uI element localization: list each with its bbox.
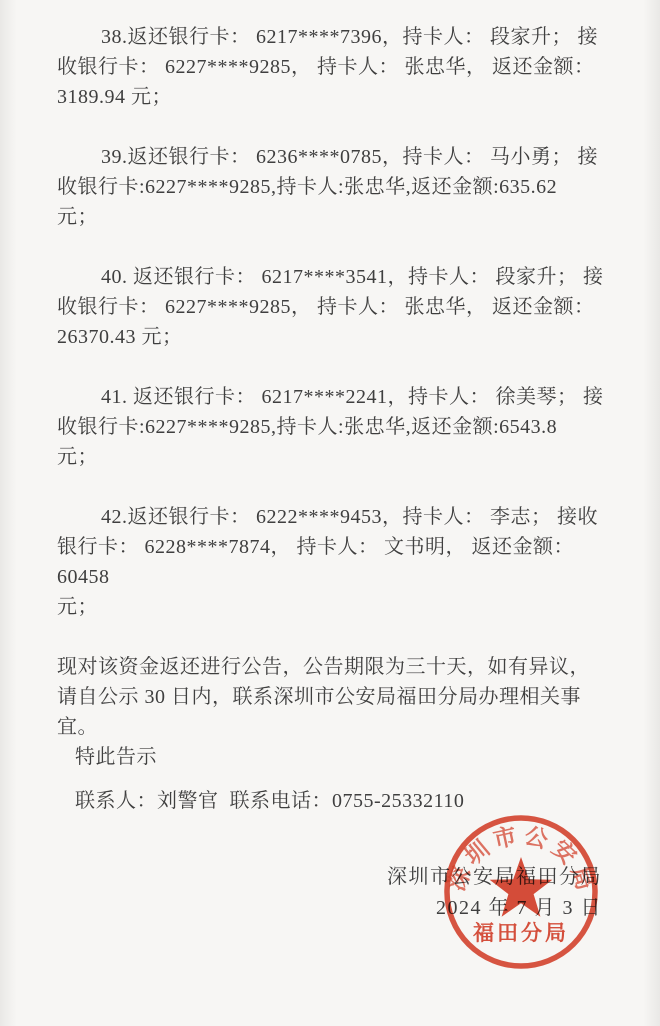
return-item-42: 42.返还银行卡： 6222****9453，持卡人： 李志； 接收 银行卡： … [57, 502, 610, 622]
contact-line: 联系人：刘警官 联系电话：0755-25332110 [57, 786, 610, 816]
closing-paragraph: 现对该资金返还进行公告，公告期限为三十天，如有异议， 请自公示 30 日内，联系… [57, 652, 610, 742]
return-item-40: 40. 返还银行卡： 6217****3541，持卡人： 段家升； 接 收银行卡… [57, 262, 610, 352]
notice-statement: 特此告示 [57, 742, 610, 772]
signature-agency: 深圳市公安局福田分局 [387, 862, 602, 892]
return-item-41: 41. 返还银行卡： 6217****2241，持卡人： 徐美琴； 接 收银行卡… [57, 382, 610, 472]
return-item-39: 39.返还银行卡： 6236****0785，持卡人： 马小勇； 接 收银行卡:… [57, 142, 610, 232]
return-item-38: 38.返还银行卡： 6217****7396，持卡人： 段家升； 接 收银行卡：… [57, 22, 610, 112]
signature-date: 2024 年 7 月 3 日 [436, 893, 602, 923]
